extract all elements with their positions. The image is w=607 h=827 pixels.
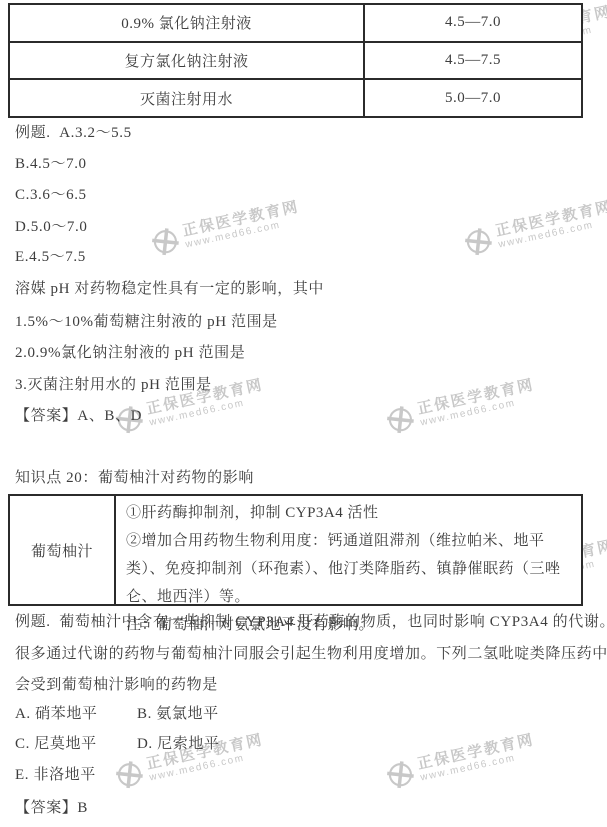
option-a-line: A. 硝苯地平 [15, 704, 98, 724]
example-option-a-line: 例题. A.3.2～5.5 [15, 123, 132, 143]
stem-item-2-line: 2.0.9%氯化钠注射液的 pH 范围是 [15, 343, 245, 363]
med66-logo-icon [149, 225, 182, 258]
watermark: 正保医学教育网www.med66.com [382, 367, 548, 445]
watermark-url-text: www.med66.com [420, 394, 539, 429]
table-row: 复方氯化钠注射液 4.5—7.5 [10, 41, 581, 79]
med66-logo-icon [384, 403, 417, 436]
detail-line-1: ①肝药酶抑制剂，抑制 CYP3A4 活性 [126, 499, 571, 527]
answer-line: 【答案】B [15, 798, 88, 818]
watermark-url-text: www.med66.com [185, 216, 304, 251]
watermark-site-text: 正保医学教育网 [494, 200, 607, 240]
ph-range-cell: 5.0—7.0 [365, 80, 581, 116]
table-row: 灭菌注射用水 5.0—7.0 [10, 78, 581, 116]
watermark-site-text: 正保医学教育网 [416, 378, 536, 418]
stem-line-2: 很多通过代谢的药物与葡萄柚汁同服会引起生物利用度增加。下列二氢吡啶类降压药中，不 [15, 644, 607, 664]
watermark-url-text: www.med66.com [498, 216, 607, 251]
subject-cell: 葡萄柚汁 [10, 496, 116, 604]
solution-name-cell: 0.9% 氯化钠注射液 [10, 5, 365, 41]
details-cell: ①肝药酶抑制剂，抑制 CYP3A4 活性 ②增加合用药物生物利用度：钙通道阻滞剂… [116, 496, 581, 604]
option-d-line: D. 尼索地平 [137, 734, 220, 754]
option-d-line: D.5.0～7.0 [15, 217, 87, 237]
stem-line-1: 例题. 葡萄柚汁中含有一些抑制 CYP3A4 肝药酶的物质，也同时影响 CYP3… [15, 612, 607, 632]
solution-name-cell: 复方氯化钠注射液 [10, 43, 365, 79]
solution-name-cell: 灭菌注射用水 [10, 80, 365, 116]
answer-line: 【答案】A、B、D [15, 406, 142, 426]
option-b-line: B.4.5～7.0 [15, 154, 87, 174]
watermark-site-text: 正保医学教育网 [416, 733, 536, 773]
ph-range-cell: 4.5—7.5 [365, 43, 581, 79]
document-page: 正保医学教育网www.med66.com 正保医学教育网www.med66.co… [0, 0, 607, 827]
option-c-line: C. 尼莫地平 [15, 734, 97, 754]
med66-logo-icon [113, 758, 146, 791]
option-e-line: E. 非洛地平 [15, 765, 96, 785]
grapefruit-table: 葡萄柚汁 ①肝药酶抑制剂，抑制 CYP3A4 活性 ②增加合用药物生物利用度：钙… [8, 494, 583, 606]
option-b-line: B. 氨氯地平 [137, 704, 219, 724]
table-row: 0.9% 氯化钠注射液 4.5—7.0 [10, 5, 581, 41]
stem-line-3: 会受到葡萄柚汁影响的药物是 [15, 675, 218, 695]
knowledge-point-title: 知识点 20：葡萄柚汁对药物的影响 [15, 468, 254, 488]
option-e-line: E.4.5～7.5 [15, 247, 86, 267]
watermark-site-text: 正保医学教育网 [181, 200, 301, 240]
watermark-url-text: www.med66.com [149, 394, 268, 429]
detail-line-2: ②增加合用药物生物利用度：钙通道阻滞剂（维拉帕米、地平类）、免疫抑制剂（环孢素）… [126, 527, 571, 611]
stem-intro-line: 溶媒 pH 对药物稳定性具有一定的影响，其中 [15, 279, 324, 299]
watermark: 正保医学教育网www.med66.com [460, 189, 607, 267]
watermark-url-text: www.med66.com [420, 749, 539, 784]
stem-item-1-line: 1.5%～10%葡萄糖注射液的 pH 范围是 [15, 312, 278, 332]
stem-item-3-line: 3.灭菌注射用水的 pH 范围是 [15, 375, 212, 395]
watermark: 正保医学教育网www.med66.com [147, 189, 313, 267]
med66-logo-icon [462, 225, 495, 258]
option-c-line: C.3.6～6.5 [15, 185, 87, 205]
med66-logo-icon [384, 758, 417, 791]
ph-range-table: 0.9% 氯化钠注射液 4.5—7.0 复方氯化钠注射液 4.5—7.5 灭菌注… [8, 3, 583, 118]
ph-range-cell: 4.5—7.0 [365, 5, 581, 41]
watermark: 正保医学教育网www.med66.com [382, 722, 548, 800]
